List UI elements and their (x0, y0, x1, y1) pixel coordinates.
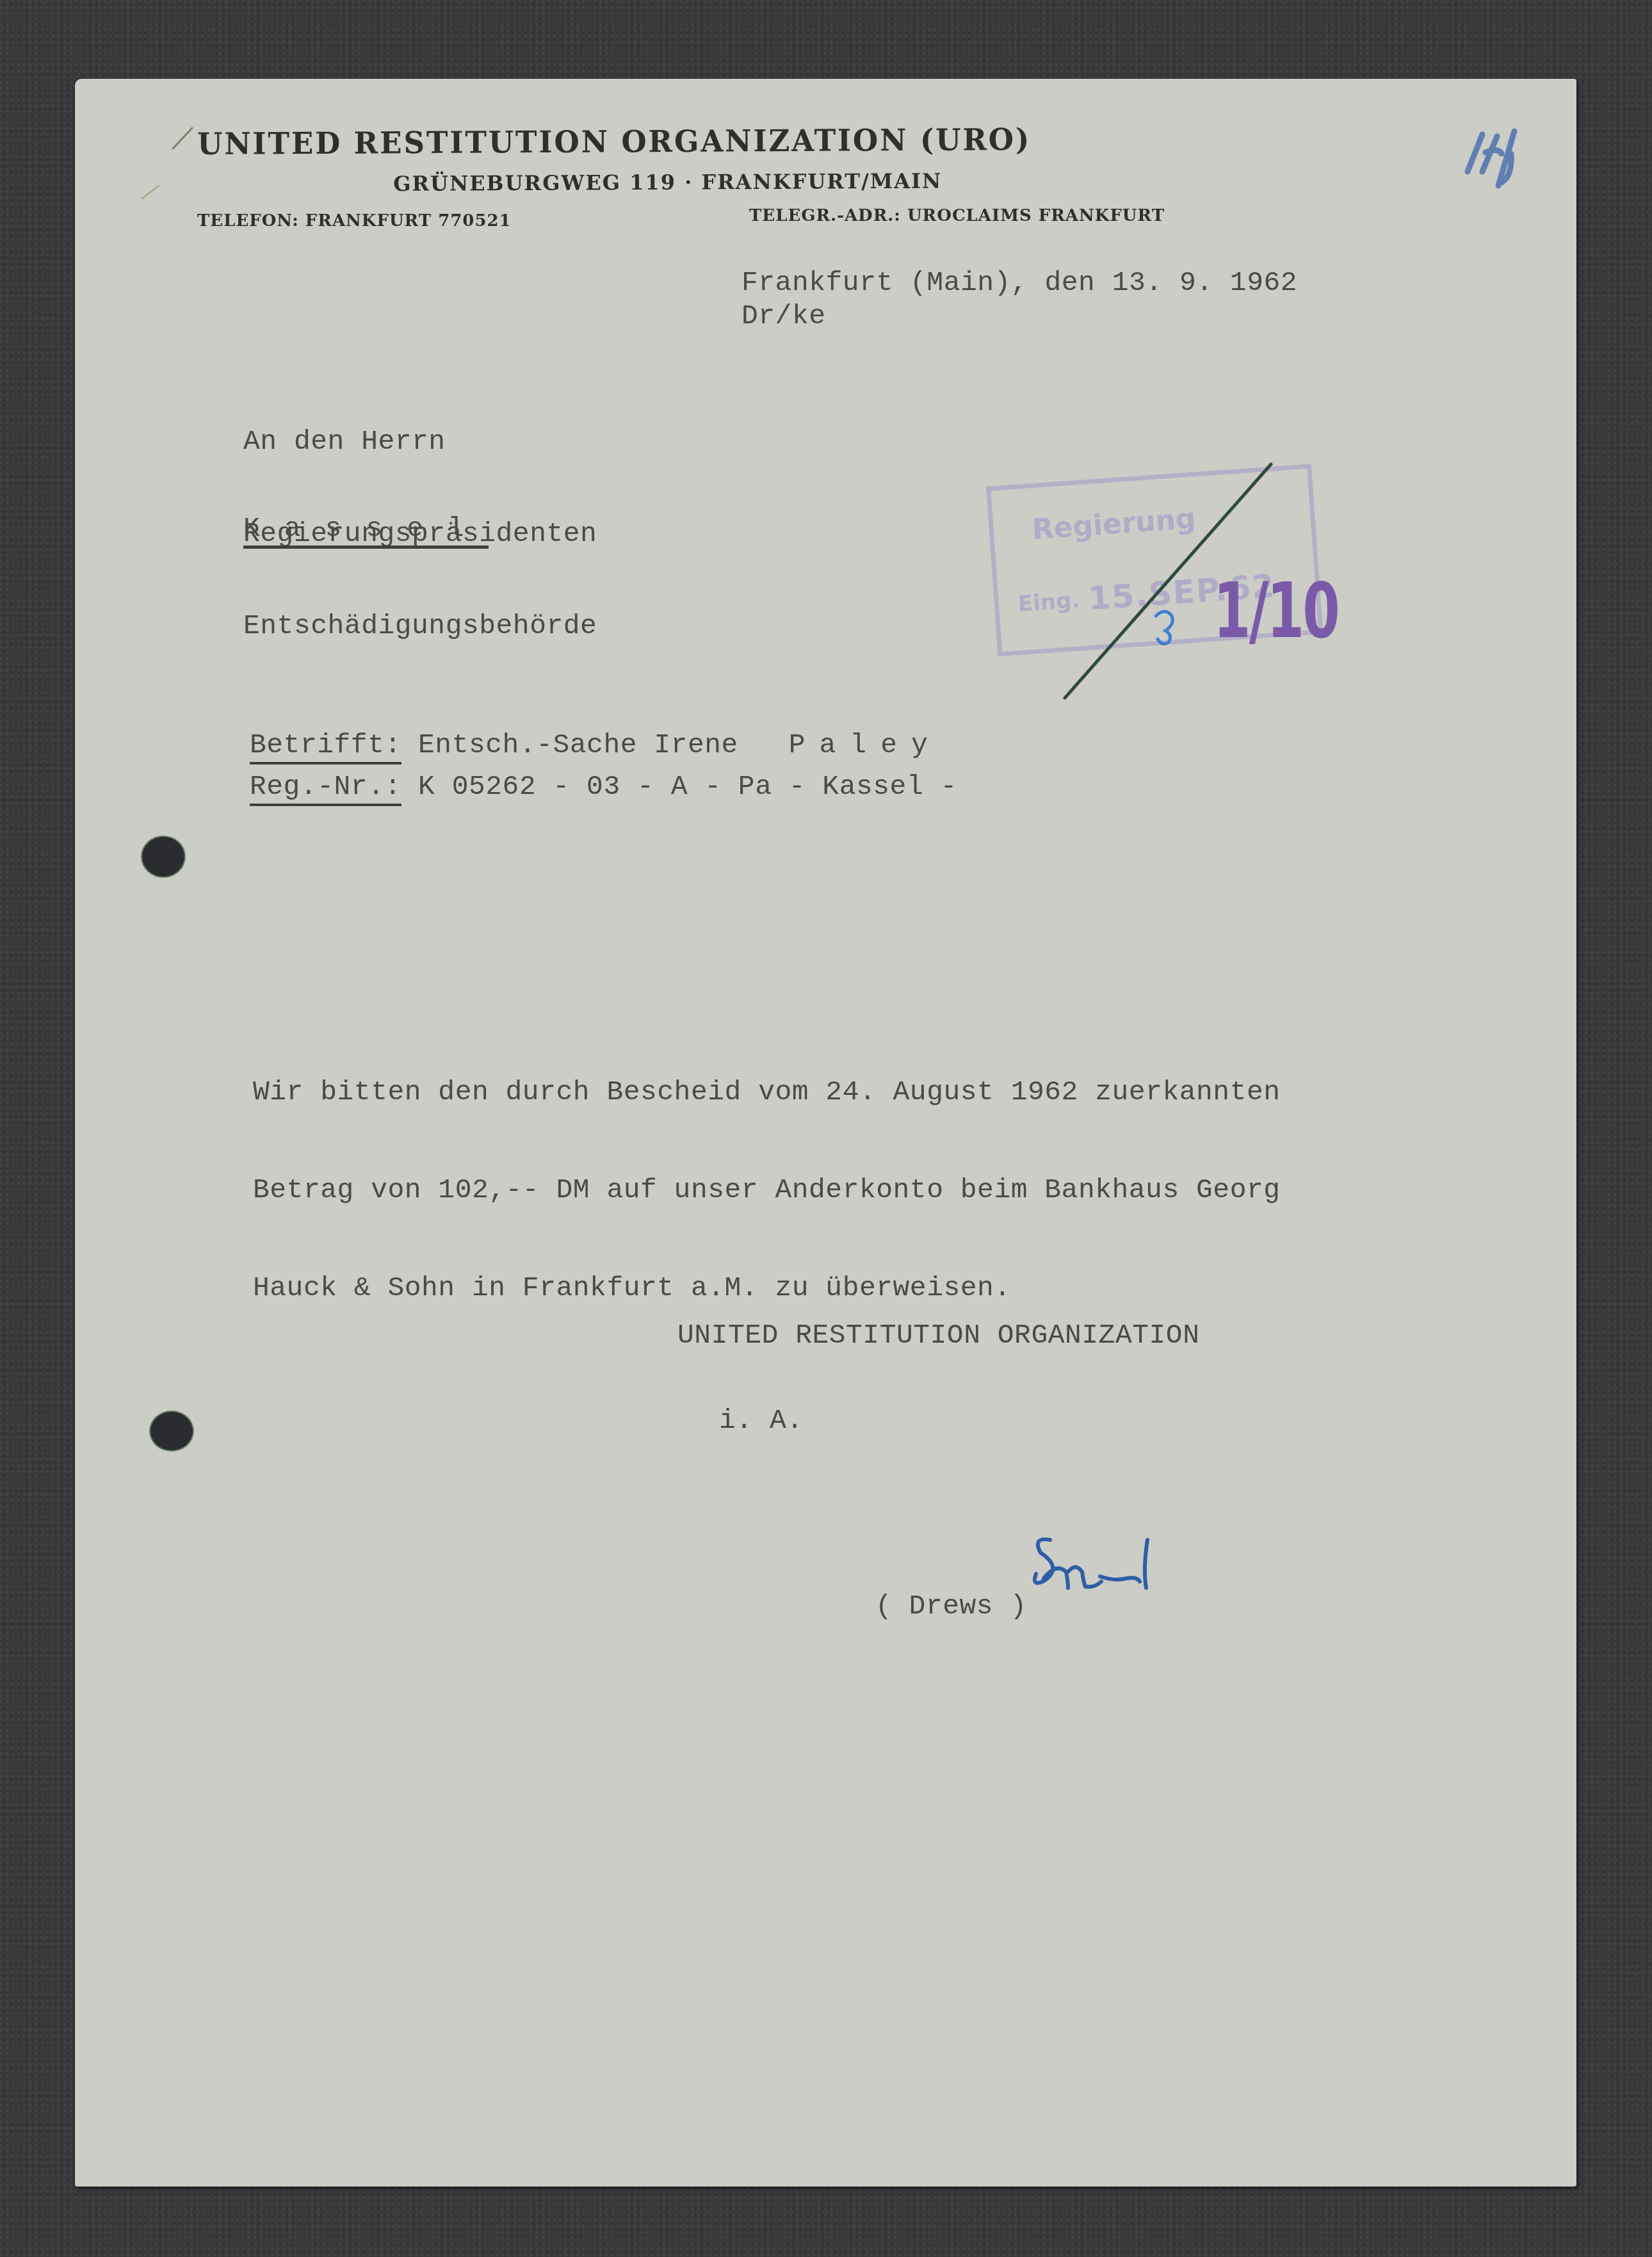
recipient-line: Entschädigungsbehörde (243, 611, 597, 642)
punch-hole-top (142, 837, 184, 877)
subject-line: Betrifft: Entsch.-Sache Irene Paley (250, 730, 942, 761)
subject-text: Entsch.-Sache Irene (418, 729, 738, 761)
letterhead-telephone: TELEFON: FRANKFURT 770521 (197, 211, 512, 231)
letter-body: Wir bitten den durch Bescheid vom 24. Au… (253, 1010, 1281, 1337)
recipient-line: An den Herrn (243, 426, 597, 457)
registration-line: Reg.-Nr.: K 05262 - 03 - A - Pa - Kassel… (250, 772, 957, 802)
subject-name: Paley (789, 729, 942, 761)
reference-code: Dr/ke (741, 301, 826, 332)
subject-label: Betrifft: (250, 729, 401, 764)
closing-organization: UNITED RESTITUTION ORGANIZATION (677, 1320, 1199, 1351)
letterhead-organization: UNITED RESTITUTION ORGANIZATION (URO) (197, 122, 1031, 162)
on-behalf-marker: i. A. (719, 1405, 804, 1436)
registration-label: Reg.-Nr.: (250, 771, 401, 806)
punch-hole-bottom (150, 1412, 193, 1450)
registration-value: K 05262 - 03 - A - Pa - Kassel - (418, 771, 957, 802)
date-line: Frankfurt (Main), den 13. 9. 1962 (741, 268, 1297, 298)
stamp-file-number: 1/10 (1213, 567, 1338, 656)
body-line: Wir bitten den durch Bescheid vom 24. Au… (253, 1076, 1281, 1108)
stamp-received-label: Eing. (1017, 587, 1081, 617)
letterhead-telegram: TELEGR.-ADR.: UROCLAIMS FRANKFURT (749, 206, 1165, 225)
body-line: Betrag von 102,-- DM auf unser Anderkont… (253, 1174, 1281, 1206)
recipient-city: Kassel (243, 514, 489, 549)
letterhead-address: GRÜNEBURGWEG 119 · FRANKFURT/MAIN (393, 169, 942, 196)
signatory-name: ( Drews ) (875, 1591, 1027, 1622)
body-line: Hauck & Sohn in Frankfurt a.M. zu überwe… (253, 1272, 1281, 1304)
stamp-header: Regierung (1031, 502, 1197, 546)
